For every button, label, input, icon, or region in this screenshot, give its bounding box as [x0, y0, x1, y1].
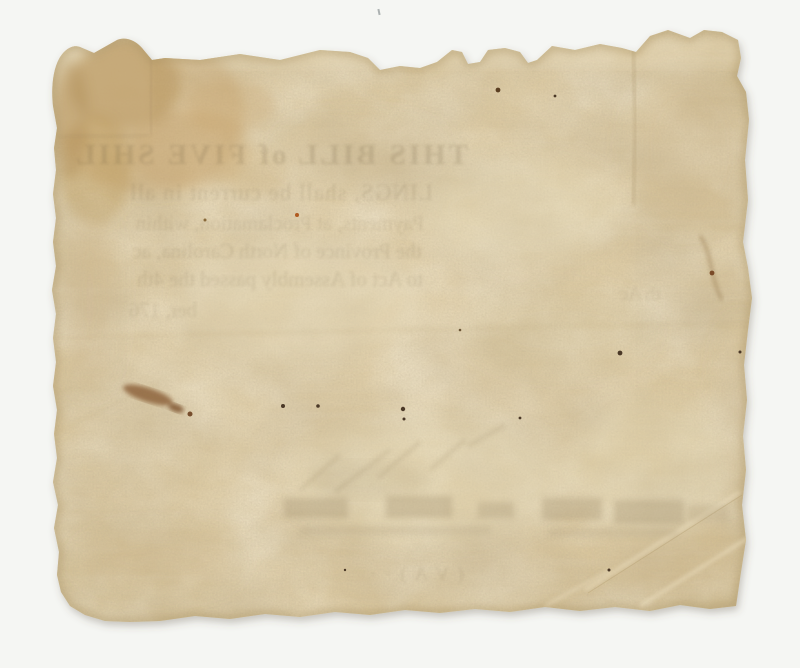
- background-speck: [377, 9, 380, 15]
- ghost-writing-smudge: [310, 462, 430, 498]
- paper-artwork: [0, 0, 800, 668]
- scanned-banknote-image: THIS BILL of FIVE SHIL LINGS, shall be c…: [0, 0, 800, 668]
- paper-surface-detail: [0, 0, 800, 668]
